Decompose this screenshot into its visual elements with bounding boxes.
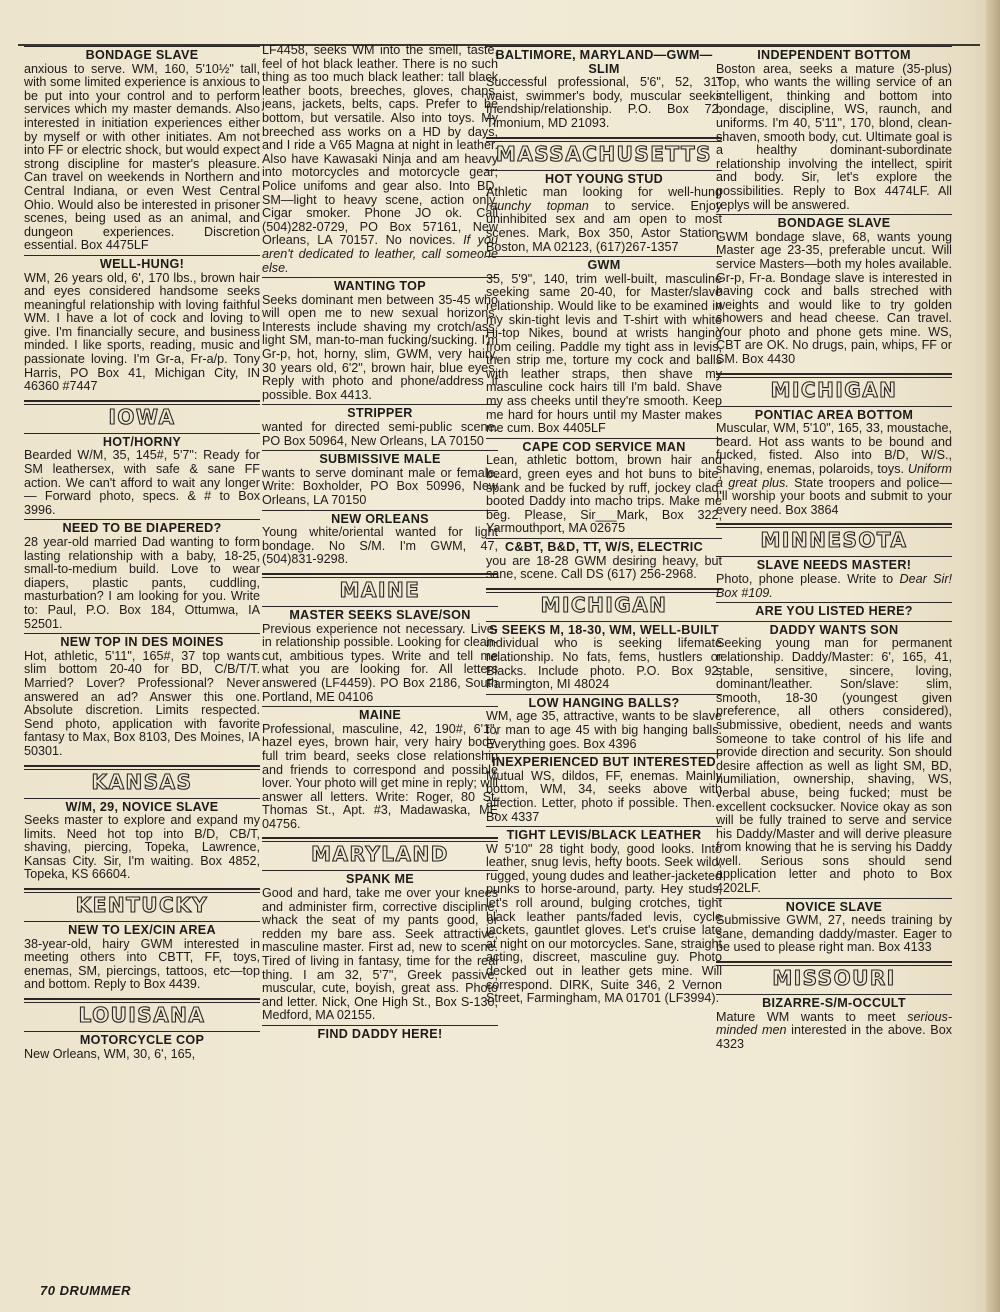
- divider: [486, 170, 722, 171]
- divider: [24, 255, 260, 256]
- ad-headline: WANTING TOP: [262, 280, 498, 294]
- classified-ad: MAINEProfessional, masculine, 42, 190#, …: [262, 706, 498, 831]
- state-header-iowa: IOWA: [24, 400, 260, 429]
- ad-body: 35, 5'9", 140, trim well-built, masculin…: [486, 273, 722, 436]
- divider: [262, 606, 498, 607]
- divider: [486, 438, 722, 439]
- ad-text: Mutual WS, dildos, FF, enemas. Mainly bo…: [486, 769, 722, 824]
- state-name: MAINE: [262, 578, 498, 602]
- ad-body: Previous experience not necessary. Live-…: [262, 623, 498, 705]
- divider: [262, 450, 498, 451]
- divider: [486, 694, 722, 695]
- page-footer: 70 DRUMMER: [40, 1283, 131, 1298]
- ad-text: GWM bondage slave, 68, wants young Maste…: [716, 230, 952, 366]
- ad-headline: NOVICE SLAVE: [716, 901, 952, 915]
- classified-ad: NEED TO BE DIAPERED?28 year-old married …: [24, 519, 260, 631]
- ad-body: you are 18-28 GWM desiring heavy, but sa…: [486, 555, 722, 582]
- state-name: LOUISANA: [24, 1003, 260, 1027]
- ad-body: Boston area, seeks a mature (35-plus) To…: [716, 63, 952, 213]
- divider: [24, 46, 260, 47]
- classified-ad: WANTING TOPSeeks dominant men between 35…: [262, 277, 498, 402]
- divider: [24, 921, 260, 922]
- ad-body: individual who is seeking lifemate relat…: [486, 637, 722, 691]
- state-header-louisana: LOUISANA: [24, 998, 260, 1027]
- ad-text: Bearded W/M, 35, 145#, 5'7": Ready for S…: [24, 448, 260, 516]
- ad-text: Lean, athletic bottom, brown hair and be…: [486, 453, 722, 535]
- ad-body: 38-year-old, hairy GWM interested in mee…: [24, 938, 260, 992]
- classified-ad: FIND DADDY HERE!: [262, 1025, 498, 1042]
- classified-ad: S SEEKS M, 18-30, WM, WELL-BUILTindividu…: [486, 621, 722, 692]
- ad-text: Previous experience not necessary. Live-…: [262, 622, 498, 704]
- classified-ad: STRIPPERwanted for directed semi-public …: [262, 404, 498, 448]
- ad-body: New Orleans, WM, 30, 6', 165,: [24, 1048, 260, 1062]
- divider: [486, 538, 722, 539]
- state-header-massachusetts: MASSACHUSETTS: [486, 137, 722, 166]
- ad-headline: PONTIAC AREA BOTTOM: [716, 409, 952, 423]
- ad-headline: SUBMISSIVE MALE: [262, 453, 498, 467]
- ad-text: wanted for directed semi-public scene. P…: [262, 420, 498, 448]
- state-header-michigan: MICHIGAN: [486, 588, 722, 617]
- classified-ad: LOW HANGING BALLS?WM, age 35, attractive…: [486, 694, 722, 751]
- classified-ad: TIGHT LEVIS/BLACK LEATHERW 5'10" 28 tigh…: [486, 826, 722, 1006]
- ad-body: W 5'10" 28 tight body, good looks. Into …: [486, 843, 722, 1006]
- ad-text: Successful professional, 5'6", 52, 31" w…: [486, 75, 722, 130]
- classified-ad: NEW TOP IN DES MOINESHot, athletic, 5'11…: [24, 633, 260, 758]
- ad-body: LF4458, seeks WM into the smell, taste, …: [262, 44, 498, 275]
- ad-text: 35, 5'9", 140, trim well-built, masculin…: [486, 272, 722, 436]
- divider: [24, 433, 260, 434]
- state-header-maryland: MARYLAND: [262, 837, 498, 866]
- ad-headline: LOW HANGING BALLS?: [486, 697, 722, 711]
- ad-body: 28 year-old married Dad wanting to form …: [24, 536, 260, 631]
- ad-headline: BONDAGE SLAVE: [716, 217, 952, 231]
- classified-ad: WELL-HUNG!WM, 26 years old, 6', 170 lbs.…: [24, 255, 260, 394]
- classified-ad: BONDAGE SLAVEGWM bondage slave, 68, want…: [716, 214, 952, 367]
- ad-headline: CAPE COD SERVICE MAN: [486, 441, 722, 455]
- ad-headline: BALTIMORE, MARYLAND—GWM—SLIM: [486, 49, 722, 76]
- divider: [262, 1025, 498, 1026]
- ad-text: individual who is seeking lifemate relat…: [486, 636, 722, 691]
- classified-ad: MASTER SEEKS SLAVE/SONPrevious experienc…: [262, 606, 498, 704]
- divider: [716, 994, 952, 995]
- ad-body: Young white/oriental wanted for light bo…: [262, 526, 498, 567]
- ad-text: Seeks dominant men between 35-45 who wil…: [262, 293, 498, 402]
- divider: [716, 602, 952, 603]
- classified-ad: NOVICE SLAVESubmissive GWM, 27, needs tr…: [716, 898, 952, 955]
- ad-text: Good and hard, take me over your knees a…: [262, 886, 498, 1022]
- classified-ad: SPANK MEGood and hard, take me over your…: [262, 870, 498, 1023]
- classified-ad: LF4458, seeks WM into the smell, taste, …: [262, 44, 498, 275]
- ad-text: Professional, masculine, 42, 190#, 6'1",…: [262, 722, 498, 831]
- divider: [24, 798, 260, 799]
- ad-text: 38-year-old, hairy GWM interested in mee…: [24, 937, 260, 992]
- ad-text: LF4458, seeks WM into the smell, taste, …: [262, 43, 498, 247]
- state-name: KANSAS: [24, 770, 260, 794]
- ad-body: Lean, athletic bottom, brown hair and be…: [486, 454, 722, 536]
- classified-ad: BIZARRE-S/M-OCCULTMature WM wants to mee…: [716, 994, 952, 1051]
- divider: [24, 519, 260, 520]
- ad-headline: C&BT, B&D, TT, W/S, ELECTRIC: [486, 541, 722, 555]
- ad-italic-text: raunchy topman: [486, 199, 589, 213]
- divider: [486, 46, 722, 47]
- ad-headline: W/M, 29, NOVICE SLAVE: [24, 801, 260, 815]
- ad-body: Seeking young man for permanent relation…: [716, 637, 952, 895]
- classified-ad: HOT/HORNYBearded W/M, 35, 145#, 5'7": Re…: [24, 433, 260, 518]
- ad-headline: HOT YOUNG STUD: [486, 173, 722, 187]
- ad-body: Successful professional, 5'6", 52, 31" w…: [486, 76, 722, 130]
- ad-text: Mature WM wants to meet: [716, 1010, 896, 1024]
- classified-ad: BALTIMORE, MARYLAND—GWM—SLIMSuccessful p…: [486, 46, 722, 131]
- ad-headline: MAINE: [262, 709, 498, 723]
- classified-ad: DADDY WANTS SONSeeking young man for per…: [716, 621, 952, 896]
- state-header-kentucky: KENTUCKY: [24, 888, 260, 917]
- ad-headline: BIZARRE-S/M-OCCULT: [716, 997, 952, 1011]
- ad-text: Seeking young man for permanent relation…: [716, 636, 952, 895]
- ad-body: Mutual WS, dildos, FF, enemas. Mainly bo…: [486, 770, 722, 824]
- ad-headline: NEED TO BE DIAPERED?: [24, 522, 260, 536]
- ad-body: wants to serve dominant male or female. …: [262, 467, 498, 508]
- state-name: MASSACHUSETTS: [486, 142, 722, 166]
- classified-ad: C&BT, B&D, TT, W/S, ELECTRICyou are 18-2…: [486, 538, 722, 582]
- ad-body: WM, age 35, attractive, wants to be slav…: [486, 710, 722, 751]
- ad-body: Photo, phone please. Write to Dear Sir! …: [716, 573, 952, 600]
- divider: [262, 706, 498, 707]
- ad-body: anxious to serve. WM, 160, 5'10½" tall, …: [24, 63, 260, 253]
- classified-ad: INDEPENDENT BOTTOMBoston area, seeks a m…: [716, 46, 952, 212]
- ad-text: Seeks master to explore and expand my li…: [24, 813, 260, 881]
- ad-text: Photo, phone please. Write to: [716, 572, 893, 586]
- column-4: INDEPENDENT BOTTOMBoston area, seeks a m…: [716, 44, 952, 1051]
- ad-body: Submissive GWM, 27, needs training by sa…: [716, 914, 952, 955]
- state-name: MISSOURI: [716, 966, 952, 990]
- ad-text: 28 year-old married Dad wanting to form …: [24, 535, 260, 631]
- classified-ad: SLAVE NEEDS MASTER!Photo, phone please. …: [716, 556, 952, 600]
- ad-headline: NEW TO LEX/CIN AREA: [24, 924, 260, 938]
- classified-ad: INEXPERIENCED BUT INTERESTEDMutual WS, d…: [486, 753, 722, 824]
- ad-text: WM, 26 years old, 6', 170 lbs., brown ha…: [24, 271, 260, 394]
- ad-text: Boston area, seeks a mature (35-plus) To…: [716, 62, 952, 212]
- ad-body: wanted for directed semi-public scene. P…: [262, 421, 498, 448]
- divider: [262, 870, 498, 871]
- ad-text: Athletic man looking for well-hung: [486, 185, 722, 199]
- ad-body: Athletic man looking for well-hung raunc…: [486, 186, 722, 254]
- ad-text: WM, age 35, attractive, wants to be slav…: [486, 709, 722, 750]
- ad-headline: DADDY WANTS SON: [716, 624, 952, 638]
- ad-headline: GWM: [486, 259, 722, 273]
- column-2: LF4458, seeks WM into the smell, taste, …: [262, 44, 498, 1042]
- ad-headline: STRIPPER: [262, 407, 498, 421]
- ad-body: Hot, athletic, 5'11", 165#, 37 top wants…: [24, 650, 260, 759]
- classified-ad: CAPE COD SERVICE MANLean, athletic botto…: [486, 438, 722, 536]
- divider: [486, 826, 722, 827]
- classified-ad: SUBMISSIVE MALEwants to serve dominant m…: [262, 450, 498, 507]
- ad-headline: MASTER SEEKS SLAVE/SON: [262, 609, 498, 623]
- ad-text: anxious to serve. WM, 160, 5'10½" tall, …: [24, 62, 260, 253]
- ad-text: Hot, athletic, 5'11", 165#, 37 top wants…: [24, 649, 260, 758]
- divider: [716, 406, 952, 407]
- classified-ad: PONTIAC AREA BOTTOMMuscular, WM, 5'10", …: [716, 406, 952, 518]
- ad-text: you are 18-28 GWM desiring heavy, but sa…: [486, 554, 722, 582]
- classified-ad: W/M, 29, NOVICE SLAVESeeks master to exp…: [24, 798, 260, 883]
- state-header-kansas: KANSAS: [24, 765, 260, 794]
- divider: [716, 214, 952, 215]
- ad-body: Seeks master to explore and expand my li…: [24, 814, 260, 882]
- ad-text: Young white/oriental wanted for light bo…: [262, 525, 498, 566]
- classified-ad: GWM35, 5'9", 140, trim well-built, mascu…: [486, 256, 722, 436]
- state-name: MICHIGAN: [486, 593, 722, 617]
- divider: [486, 256, 722, 257]
- ad-text: W 5'10" 28 tight body, good looks. Into …: [486, 842, 722, 1006]
- classified-ad: ARE YOU LISTED HERE?: [716, 602, 952, 619]
- ad-text: wants to serve dominant male or female. …: [262, 466, 498, 507]
- state-name: IOWA: [24, 405, 260, 429]
- ad-headline: MOTORCYCLE COP: [24, 1034, 260, 1048]
- divider: [716, 621, 952, 622]
- ad-headline: NEW TOP IN DES MOINES: [24, 636, 260, 650]
- state-name: MARYLAND: [262, 842, 498, 866]
- ad-body: Seeks dominant men between 35-45 who wil…: [262, 294, 498, 403]
- divider: [262, 404, 498, 405]
- state-name: MICHIGAN: [716, 378, 952, 402]
- ad-body: Bearded W/M, 35, 145#, 5'7": Ready for S…: [24, 449, 260, 517]
- ad-text: Submissive GWM, 27, needs training by sa…: [716, 913, 952, 954]
- ad-headline: WELL-HUNG!: [24, 258, 260, 272]
- classified-ad: NEW ORLEANSYoung white/oriental wanted f…: [262, 510, 498, 567]
- ad-body: Good and hard, take me over your knees a…: [262, 887, 498, 1023]
- ad-headline: BONDAGE SLAVE: [24, 49, 260, 63]
- ad-headline: ARE YOU LISTED HERE?: [716, 605, 952, 619]
- divider: [24, 633, 260, 634]
- column-1: BONDAGE SLAVEanxious to serve. WM, 160, …: [24, 44, 260, 1061]
- ad-headline: SLAVE NEEDS MASTER!: [716, 559, 952, 573]
- state-name: MINNESOTA: [716, 528, 952, 552]
- classified-ad: MOTORCYCLE COPNew Orleans, WM, 30, 6', 1…: [24, 1031, 260, 1061]
- state-header-maine: MAINE: [262, 573, 498, 602]
- classified-ad: NEW TO LEX/CIN AREA38-year-old, hairy GW…: [24, 921, 260, 992]
- ad-headline: INDEPENDENT BOTTOM: [716, 49, 952, 63]
- ad-headline: FIND DADDY HERE!: [262, 1028, 498, 1042]
- divider: [486, 753, 722, 754]
- divider: [262, 277, 498, 278]
- state-header-michigan: MICHIGAN: [716, 373, 952, 402]
- divider: [716, 46, 952, 47]
- ad-body: WM, 26 years old, 6', 170 lbs., brown ha…: [24, 272, 260, 394]
- column-3: BALTIMORE, MARYLAND—GWM—SLIMSuccessful p…: [486, 44, 722, 1006]
- divider: [716, 556, 952, 557]
- ad-headline: HOT/HORNY: [24, 436, 260, 450]
- ad-body: Professional, masculine, 42, 190#, 6'1",…: [262, 723, 498, 832]
- state-header-missouri: MISSOURI: [716, 961, 952, 990]
- state-header-minnesota: MINNESOTA: [716, 523, 952, 552]
- ad-body: Mature WM wants to meet serious-minded m…: [716, 1011, 952, 1052]
- ad-headline: S SEEKS M, 18-30, WM, WELL-BUILT: [486, 624, 722, 638]
- ad-body: Muscular, WM, 5'10", 165, 33, moustache,…: [716, 422, 952, 517]
- classified-ad: HOT YOUNG STUDAthletic man looking for w…: [486, 170, 722, 255]
- classified-ad: BONDAGE SLAVEanxious to serve. WM, 160, …: [24, 46, 260, 253]
- state-name: KENTUCKY: [24, 893, 260, 917]
- divider: [716, 898, 952, 899]
- ad-headline: TIGHT LEVIS/BLACK LEATHER: [486, 829, 722, 843]
- page-edge: [986, 0, 1000, 1312]
- ad-headline: SPANK ME: [262, 873, 498, 887]
- ad-headline: NEW ORLEANS: [262, 513, 498, 527]
- ad-body: GWM bondage slave, 68, wants young Maste…: [716, 231, 952, 367]
- divider: [486, 621, 722, 622]
- ad-text: New Orleans, WM, 30, 6', 165,: [24, 1047, 195, 1061]
- divider: [262, 510, 498, 511]
- ad-headline: INEXPERIENCED BUT INTERESTED: [486, 756, 722, 770]
- divider: [24, 1031, 260, 1032]
